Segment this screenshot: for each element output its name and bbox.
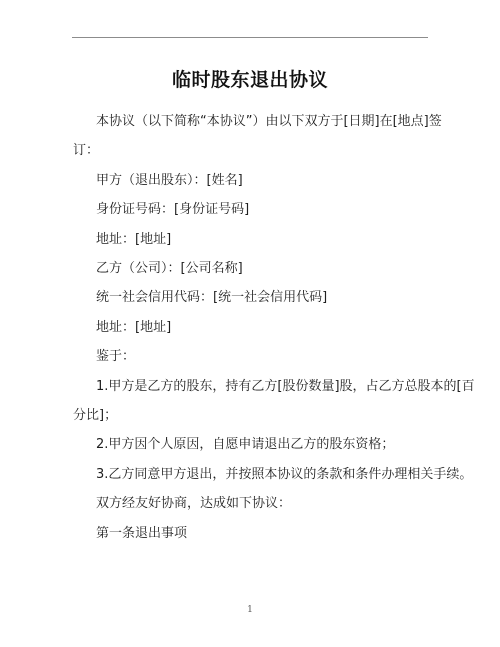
article-1-heading: 第一条退出事项: [73, 519, 433, 548]
page-number: 1: [0, 605, 500, 615]
party-a-label: 甲方（退出股东）：[姓名]: [73, 166, 433, 195]
document-title: 临时股东退出协议: [0, 65, 500, 92]
party-a-address: 地址：[地址]: [73, 225, 433, 254]
whereas-item-3: 3.乙方同意甲方退出，并按照本协议的条款和条件办理相关手续。: [73, 460, 433, 489]
document-body: 本协议（以下简称“本协议”）由以下双方于[日期]在[地点]签 订： 甲方（退出股…: [73, 107, 433, 548]
party-b-label: 乙方（公司）：[公司名称]: [73, 254, 433, 283]
intro-paragraph-line1: 本协议（以下简称“本协议”）由以下双方于[日期]在[地点]签: [73, 107, 433, 136]
party-b-address: 地址：[地址]: [73, 313, 433, 342]
party-b-credit-code: 统一社会信用代码：[统一社会信用代码]: [73, 283, 433, 312]
party-a-id-number: 身份证号码：[身份证号码]: [73, 195, 433, 224]
whereas-heading: 鉴于：: [73, 342, 433, 371]
whereas-item-2: 2.甲方因个人原因，自愿申请退出乙方的股东资格；: [73, 430, 433, 459]
intro-paragraph-line2: 订：: [73, 136, 433, 165]
header-rule: [72, 37, 428, 38]
whereas-item-1-line2: 分比]；: [73, 401, 433, 430]
document-page: 临时股东退出协议 本协议（以下简称“本协议”）由以下双方于[日期]在[地点]签 …: [0, 0, 500, 647]
whereas-item-1-line1: 1.甲方是乙方的股东，持有乙方[股份数量]股，占乙方总股本的[百: [73, 372, 433, 401]
agreement-intro: 双方经友好协商，达成如下协议：: [73, 489, 433, 518]
